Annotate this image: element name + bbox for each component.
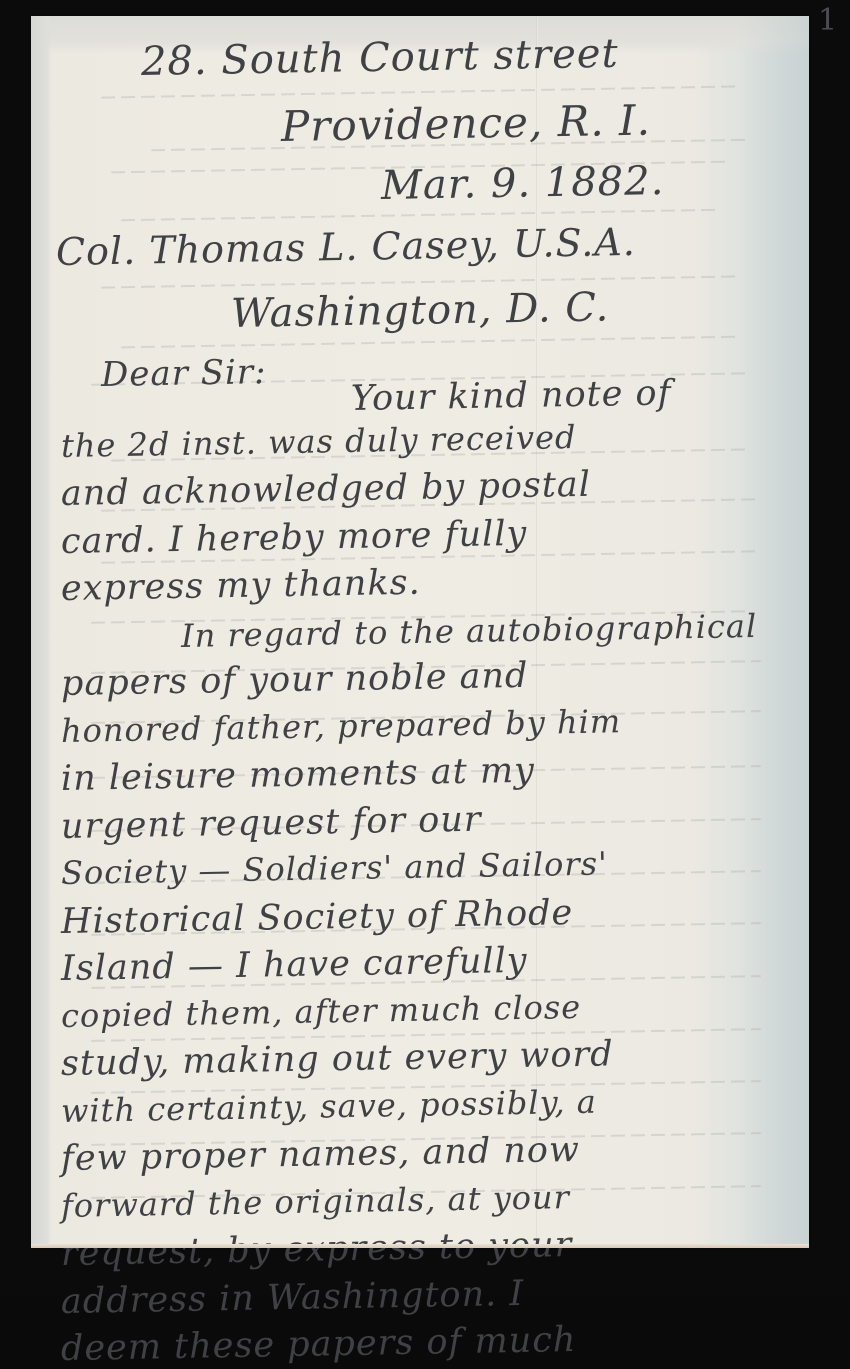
body-line: Your kind note of bbox=[351, 376, 672, 417]
body-line: papers of your noble and bbox=[61, 659, 529, 702]
body-line: urgent request for our bbox=[61, 802, 482, 844]
body-line: in leisure moments at my bbox=[61, 754, 535, 797]
page-number: 1 bbox=[818, 6, 837, 36]
salutation: Dear Sir: bbox=[101, 355, 267, 392]
body-line: copied them, after much close bbox=[61, 990, 582, 1031]
body-line: In regard to the autobiographical bbox=[181, 609, 758, 651]
bleed-through bbox=[101, 275, 741, 288]
recipient-location: Washington, D. C. bbox=[231, 287, 610, 334]
body-line: with certainty, save, possibly, a bbox=[61, 1085, 597, 1126]
body-line: Society — Soldiers' and Sailors' bbox=[61, 847, 608, 889]
body-line: study, making out every word bbox=[61, 1037, 614, 1082]
body-line: honored father, prepared by him bbox=[61, 705, 622, 747]
body-line: the 2d inst. was duly received bbox=[61, 421, 577, 462]
bleed-through bbox=[121, 336, 741, 349]
body-line: card. I hereby more fully bbox=[61, 516, 528, 559]
body-line: and acknowledged by postal bbox=[61, 468, 592, 512]
address-line-1: 28. South Court street bbox=[141, 34, 619, 82]
body-line: express my thanks. bbox=[61, 566, 421, 607]
body-line: forward the originals, at your bbox=[61, 1181, 570, 1222]
letter-sheet: 1 28. South Court street Providence, R. … bbox=[31, 16, 809, 1248]
paper-left-band bbox=[31, 16, 51, 1248]
body-line: Island — I have carefully bbox=[61, 944, 528, 987]
body-line: request, by express to your bbox=[61, 1228, 573, 1272]
body-line: few proper names, and now bbox=[61, 1133, 581, 1177]
address-line-2: Providence, R. I. bbox=[281, 100, 652, 148]
recipient-name: Col. Thomas L. Casey, U.S.A. bbox=[56, 223, 636, 271]
body-line: Historical Society of Rhode bbox=[61, 896, 574, 940]
letter-date: Mar. 9. 1882. bbox=[381, 161, 665, 206]
